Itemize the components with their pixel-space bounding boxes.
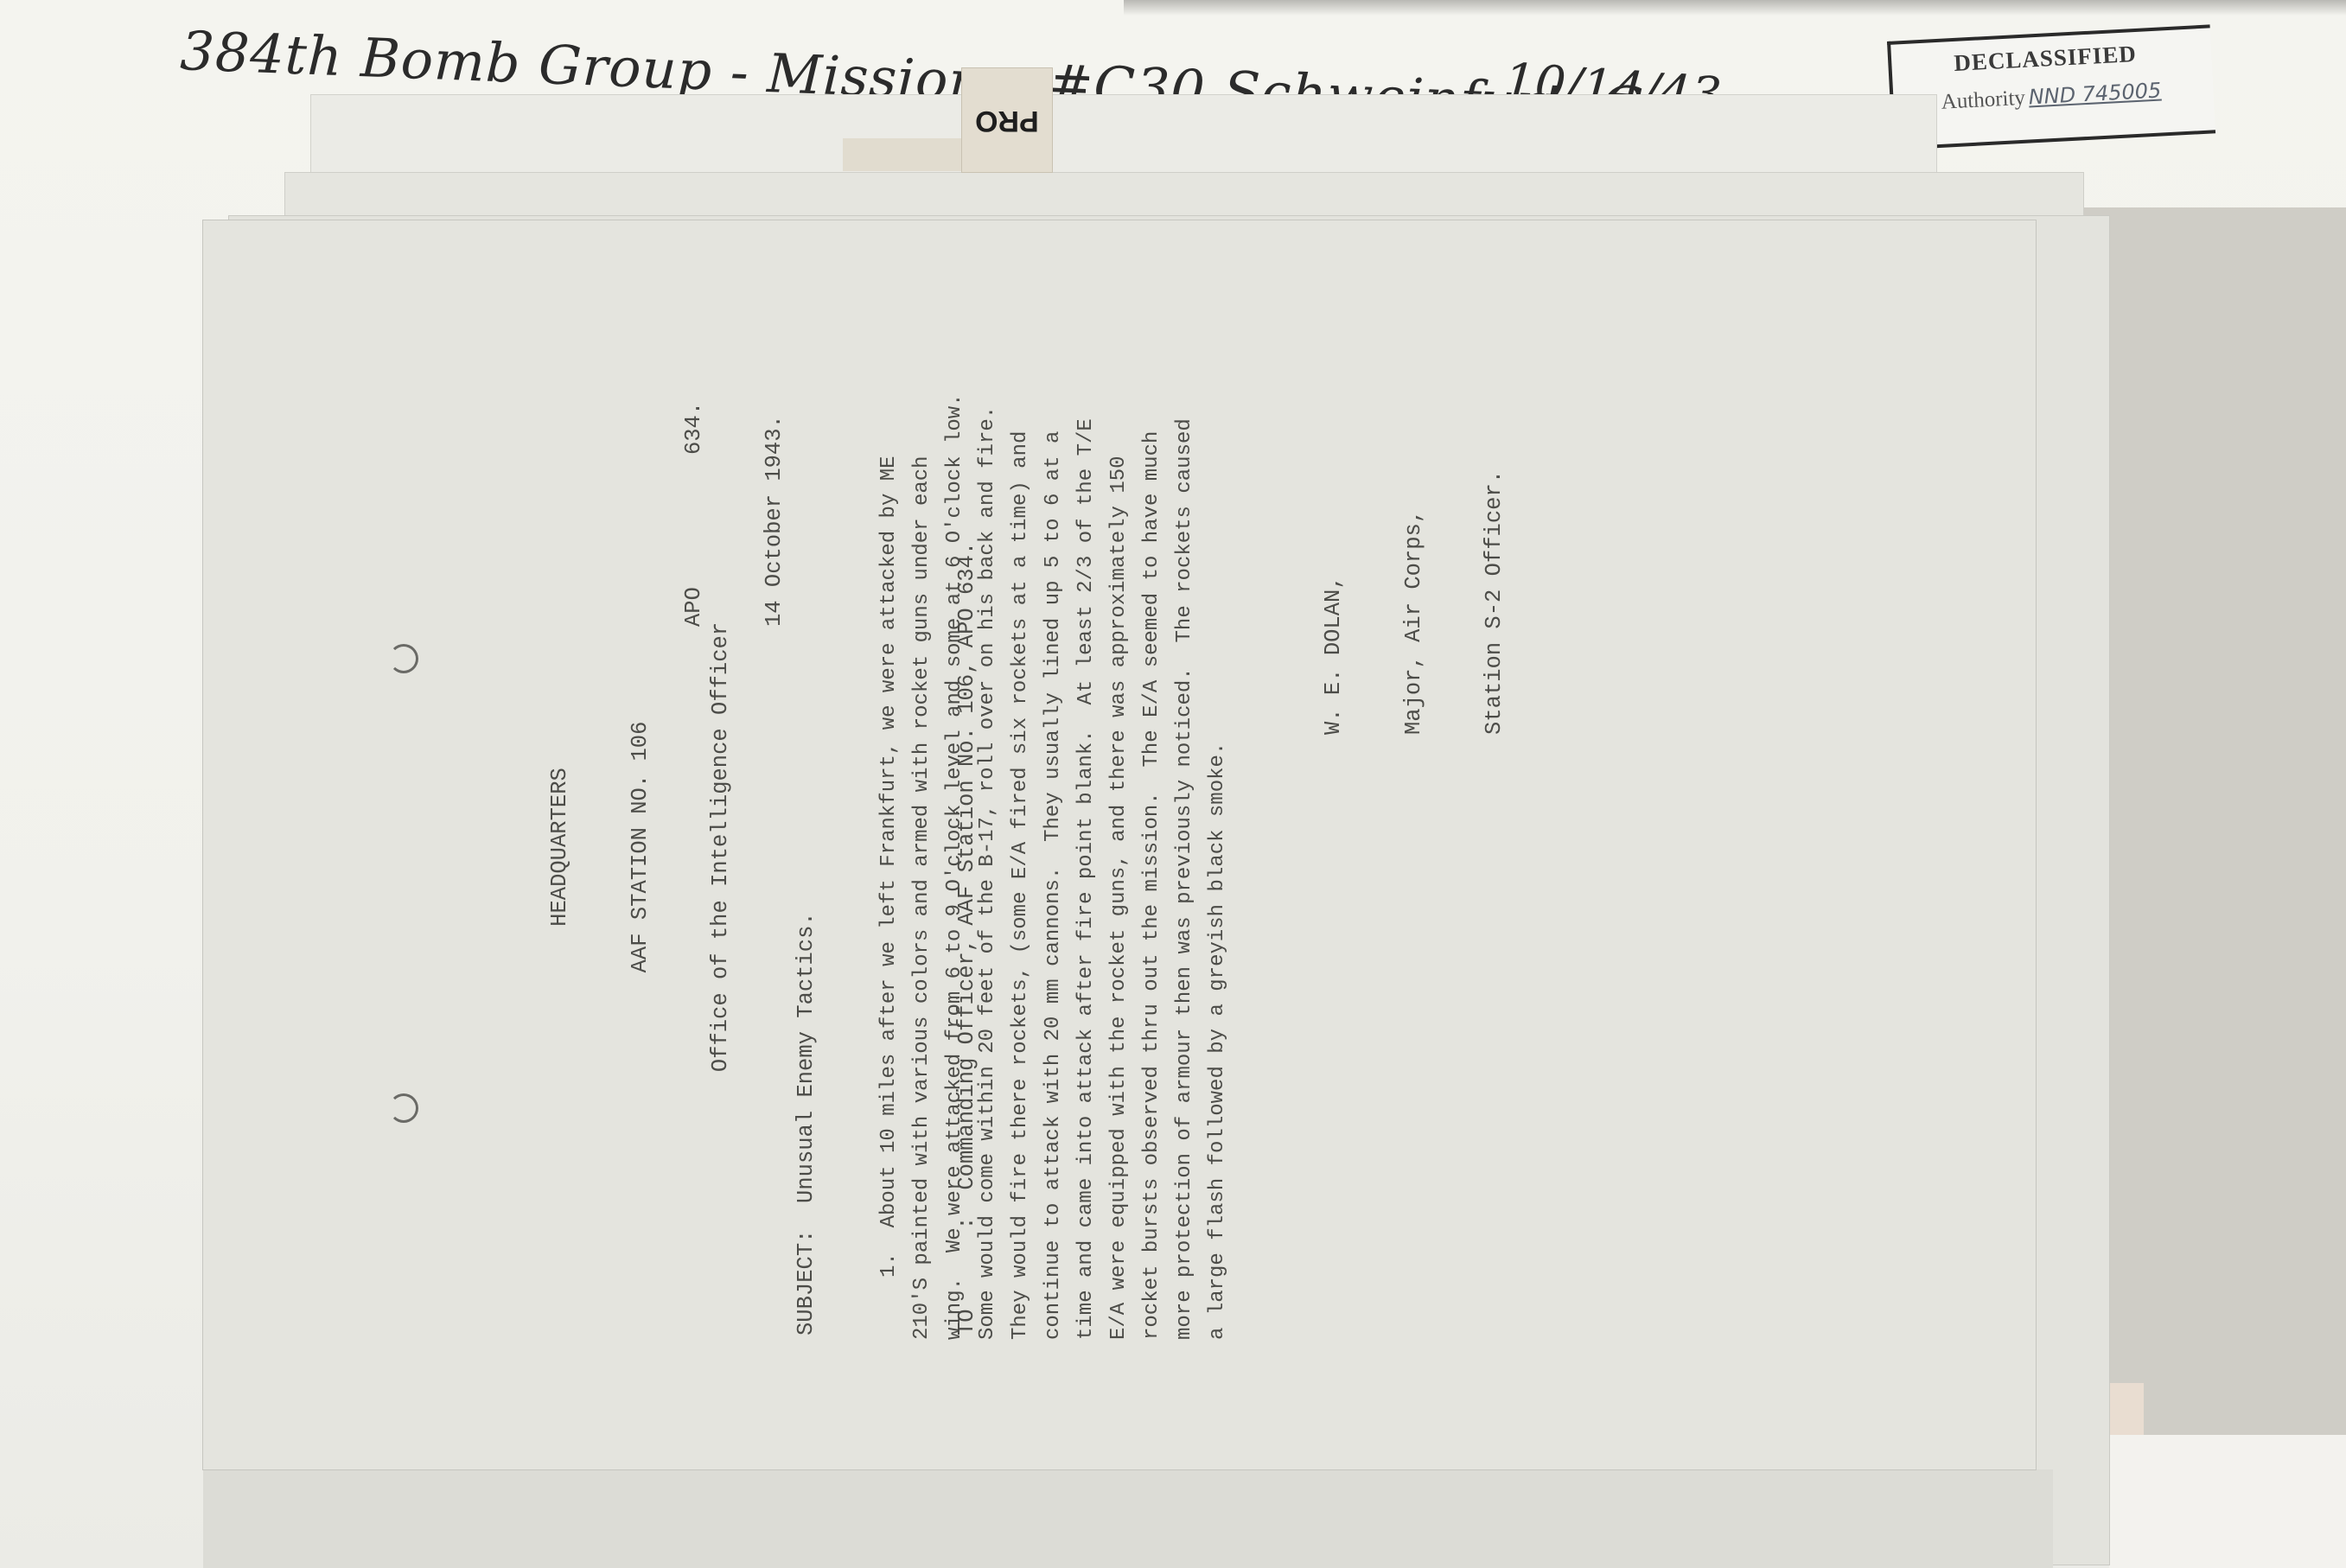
apo-number: 634. — [681, 402, 706, 455]
subject-line: SUBJECT: Unusual Enemy Tactics. — [793, 558, 819, 1335]
pro-tab-label: PRO — [975, 104, 1039, 137]
folder-shadow — [1124, 0, 2346, 16]
memo-page: HEADQUARTERS AAF STATION NO. 106 Office … — [203, 220, 2036, 1469]
authority-label: Authority — [1941, 86, 2025, 114]
stamp-title: DECLASSIFIED — [1954, 41, 2138, 77]
memo-body: 1. About 10 miles after we left Frankfur… — [873, 398, 1234, 1340]
apo-label: APO — [681, 587, 706, 627]
stamp-authority: AuthorityNND 745005 — [1941, 78, 2162, 114]
subject-label: SUBJECT: — [794, 1230, 819, 1335]
body-line: E/A were equipped with the rocket guns, … — [1103, 398, 1136, 1340]
header-line-2: AAF STATION NO. 106 — [627, 536, 653, 1158]
body-line: They would fire there rockets, (some E/A… — [1004, 398, 1037, 1340]
body-line: more protection of armour then was previ… — [1169, 398, 1202, 1340]
body-line: 1. About 10 miles after we left Frankfur… — [873, 398, 906, 1340]
punch-hole-icon — [389, 644, 418, 673]
signature-rank: Major, Air Corps, — [1400, 389, 1427, 735]
body-line: rocket bursts observed thru out the miss… — [1136, 398, 1169, 1340]
header-line-1: HEADQUARTERS — [546, 536, 573, 1158]
body-line: 210'S painted with various colors and ar… — [906, 398, 939, 1340]
punch-hole-icon — [389, 1093, 418, 1123]
underlying-sheet-white — [2109, 1435, 2346, 1568]
body-line: wing. We were attacked from 6 to 9 O'clo… — [939, 398, 972, 1340]
body-line: time and came into attack after fire poi… — [1070, 398, 1103, 1340]
authority-value: NND 745005 — [2028, 78, 2162, 109]
body-line: continue to attack with 20 mm cannons. T… — [1037, 398, 1070, 1340]
apo-line: APO 634. — [680, 350, 707, 627]
subject-text: Unusual Enemy Tactics. — [794, 912, 819, 1203]
signature-name: W. E. DOLAN, — [1320, 389, 1347, 735]
declassified-stamp: DECLASSIFIED AuthorityNND 745005 — [1887, 24, 2215, 150]
header-line-3: Office of the Intelligence Officer — [707, 536, 734, 1158]
body-line: a large flash followed by a greyish blac… — [1202, 398, 1234, 1340]
body-line: Some would come within 20 feet of the B-… — [972, 398, 1004, 1340]
pro-tab[interactable]: PRO — [961, 67, 1053, 173]
tab-underlay — [843, 138, 964, 171]
signature-block: W. E. DOLAN, Major, Air Corps, Station S… — [1266, 389, 1561, 735]
memo-stack-edge — [203, 1469, 2053, 1568]
signature-title: Station S-2 Officer. — [1481, 389, 1508, 735]
